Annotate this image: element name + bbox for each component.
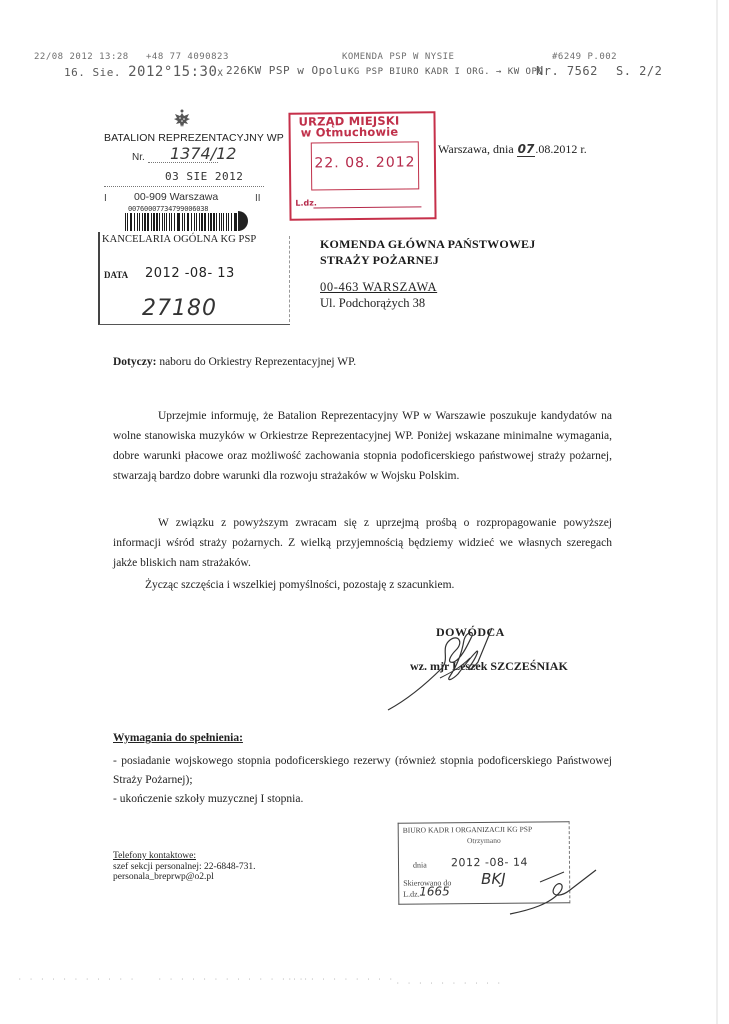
sender-unit-name: BATALION REPREZENTACYJNY WP [104,132,284,144]
recipient-street: Ul. Podchorążych 38 [320,295,437,311]
hr-stamp-received: Otrzymano [399,835,569,845]
recipient-line2: STRAŻY POŻARNEJ [320,252,535,268]
contact-title: Telefony kontaktowe: [113,851,255,862]
place-date-suffix: .08.2012 r. [535,142,586,156]
hr-stamp-ldz-value: 1665 [419,884,450,898]
receipt-stamp-title: URZĄD MIEJSKI w Otmuchowie [298,116,399,139]
sender-city: 00-909 Warszawa [134,191,218,203]
registry-number: 27180 [142,296,217,321]
receipt-stamp-ldz-line [313,206,421,208]
fax-job-page: #6249 P.002 [552,52,617,62]
sender-dotted-line [104,186,264,187]
fax2-route: KG PSP BIURO KADR I ORG. → KW OPO [348,67,543,77]
receipt-stamp-title-line2: w Otmuchowie [299,127,400,139]
recipient-zip-city: 00-463 WARSZAWA [320,279,437,295]
body-paragraph-1: Uprzejmie informuję, że Batalion Repreze… [113,406,612,486]
body-paragraph-2: W związku z powyższym zwracam się z uprz… [113,513,612,573]
hr-stamp-title: BIURO KADR I ORGANIZACJI KG PSP [403,825,532,835]
sender-tick-left: I [104,193,107,204]
sender-tick-right: II [255,193,261,204]
requirements-list: - posiadanie wojskowego stopnia podofice… [113,752,612,809]
barcode-icon [125,213,237,231]
receipt-stamp: URZĄD MIEJSKI w Otmuchowie 22. 08. 2012 … [288,111,436,221]
receipt-stamp-ldz-label: L.dz. [295,198,317,207]
footer-fax-residue: · · · · · · · · · · · [18,976,136,983]
requirements-title: Wymagania do spełnienia: [113,732,243,744]
registry-date-value: 2012 -08- 13 [145,266,235,281]
requirement-item: - ukończenie szkoły muzycznej I stopnia. [113,790,612,809]
fax2-nr: Nr. 7562 [536,64,598,78]
fax-phone: +48 77 4090823 [146,52,229,62]
fax2-date-prefix: 16. Sie. [64,66,121,79]
eagle-emblem-icon [171,108,193,130]
handwritten-signature-icon [380,618,550,718]
fax2-sender: 226KW PSP w Opolu [226,64,347,77]
fax-sender: KOMENDA PSP W NYSIE [342,52,454,62]
receipt-stamp-date-box: 22. 08. 2012 [311,141,419,190]
barcode-cap [238,211,248,231]
recipient-name: KOMENDA GŁÓWNA PAŃSTWOWEJ STRAŻY POŻARNE… [320,236,535,268]
receipt-stamp-date: 22. 08. 2012 [312,154,418,171]
footer-fax-residue: · · · · · · · · · · · · · · [158,976,310,983]
footer-fax-residue: · · · · · · · · · · [396,980,503,987]
fax2-date: 16. Sie. 2012°15:30X [64,64,223,80]
hr-stamp-date-label: dnia [413,860,427,869]
fax2-year-time: 2012°15:30 [128,64,217,80]
page-edge [716,0,718,1024]
contact-email: personala_breprwp@o2.pl [113,872,255,883]
subject-text: naboru do Orkiestry Reprezentacyjnej WP. [159,356,356,368]
subject-line: Dotyczy: naboru do Orkiestry Reprezentac… [113,356,356,368]
registry-date-label: DATA [104,270,128,280]
place-date-prefix: Warszawa, dnia [438,142,514,156]
sender-date: 03 SIE 2012 [165,170,243,183]
barcode-number: 00760007734799006038 [128,205,208,213]
fax-datetime: 22/08 2012 13:28 [34,52,129,62]
fax2-page: S. 2/2 [616,64,662,78]
footer-fax-residue: · · · · · · · · · · [288,976,395,983]
sender-nr-value: 1374/12 [170,144,236,163]
fax2-mark: X [217,69,223,79]
sender-nr-label: Nr. [132,152,145,163]
recipient-address: 00-463 WARSZAWA Ul. Podchorążych 38 [320,279,437,311]
subject-label: Dotyczy: [113,356,156,368]
contact-block: Telefony kontaktowe: szef sekcji persona… [113,851,255,883]
hr-stamp-scribble-icon [500,862,600,922]
recipient-line1: KOMENDA GŁÓWNA PAŃSTWOWEJ [320,236,535,252]
registry-stamp-title: KANCELARIA OGÓLNA KG PSP [102,234,256,245]
place-date: Warszawa, dnia 07.08.2012 r. [438,142,587,157]
place-date-day: 07 [517,142,536,157]
hr-stamp-ldz-label: L.dz. [403,890,420,899]
body-paragraph-3: Życząc szczęścia i wszelkiej pomyślności… [113,575,612,595]
requirement-item: - posiadanie wojskowego stopnia podofice… [113,752,612,790]
contact-phone: szef sekcji personalnej: 22-6848-731. [113,862,255,873]
